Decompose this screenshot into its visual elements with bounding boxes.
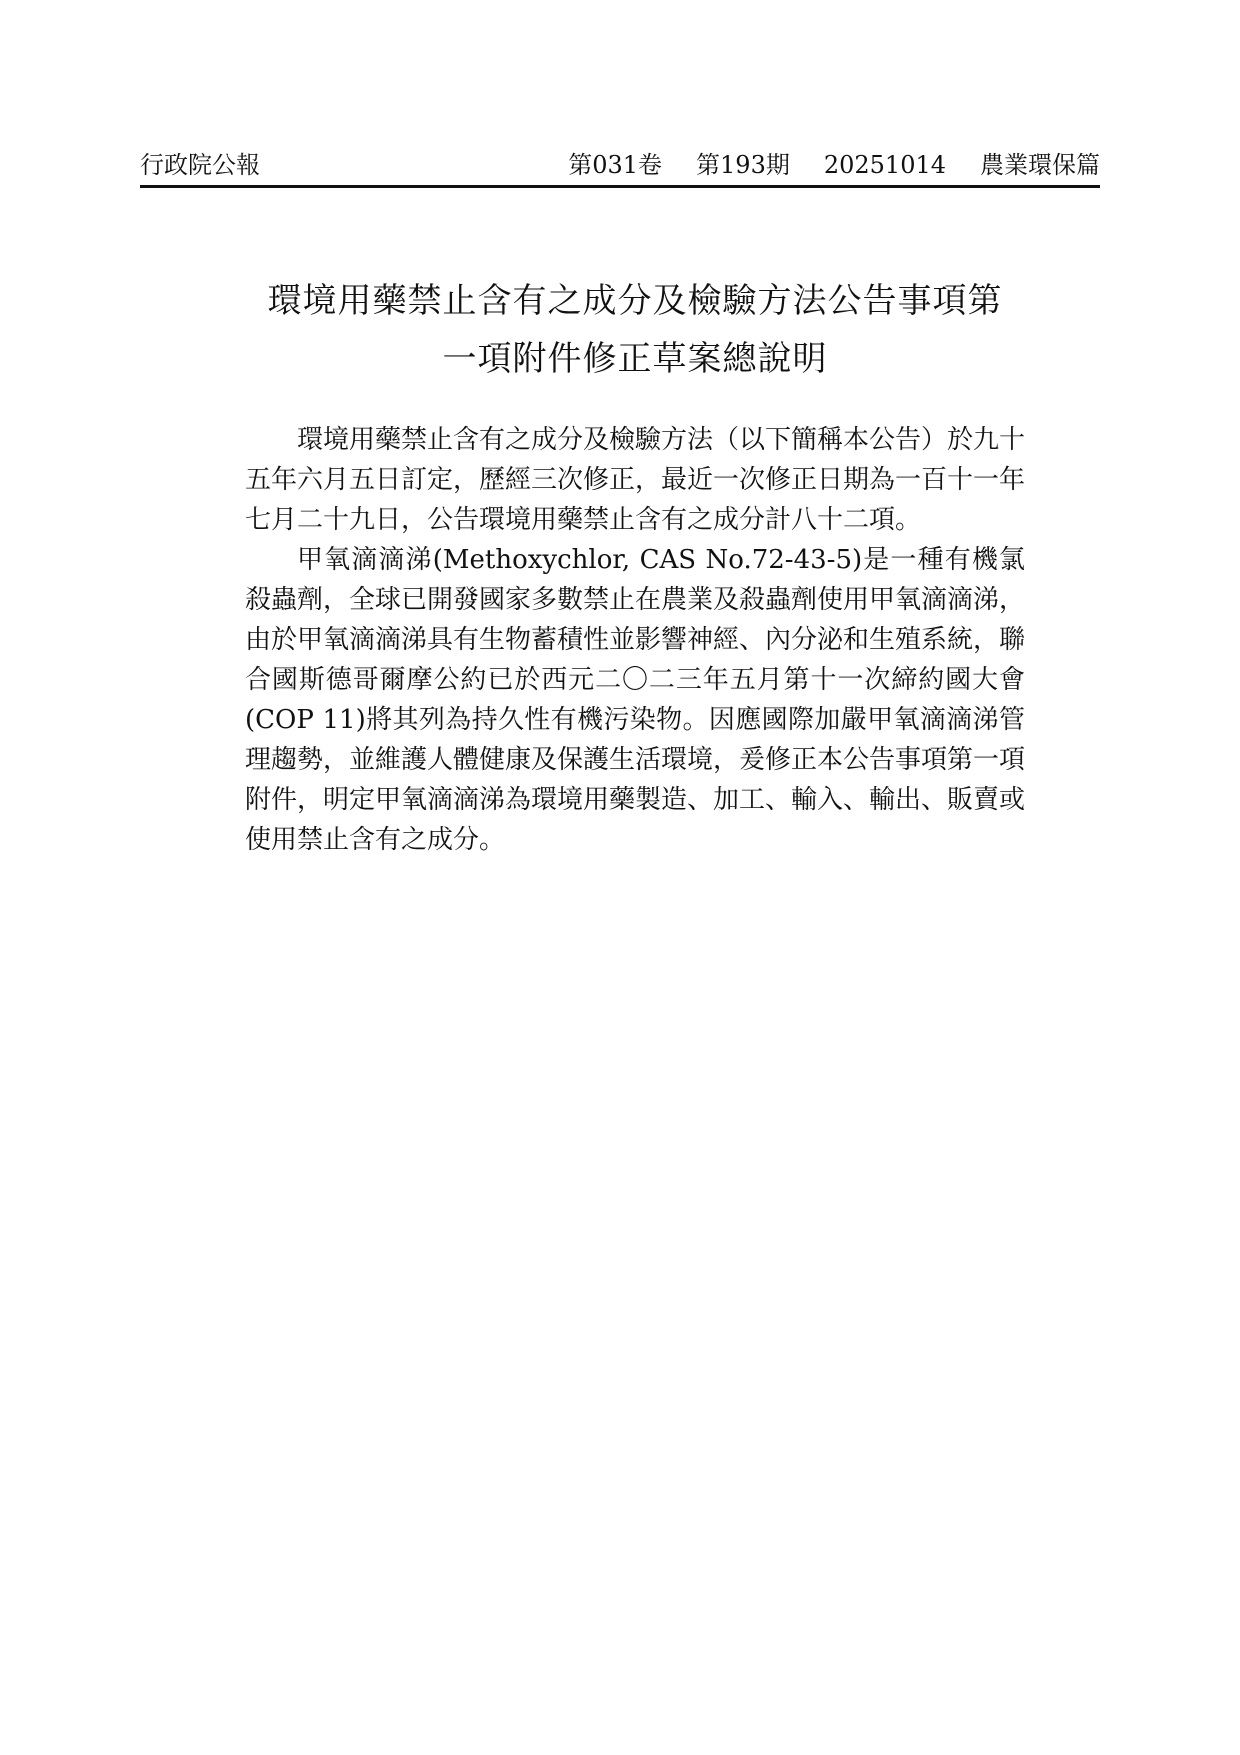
date-label: 20251014 [824,150,946,180]
paragraph-1: 環境用藥禁止含有之成分及檢驗方法（以下簡稱本公告）於九十五年六月五日訂定，歷經三… [245,420,1025,540]
paragraph-2: 甲氧滴滴涕(Methoxychlor, CAS No.72-43-5)是一種有機… [245,540,1025,860]
publication-title: 行政院公報 [140,150,260,180]
header-issue-info: 第031卷 第193期 20251014 農業環保篇 [568,150,1100,180]
document-title-line-1: 環境用藥禁止含有之成分及檢驗方法公告事項第 [245,272,1025,330]
document-title: 環境用藥禁止含有之成分及檢驗方法公告事項第 一項附件修正草案總說明 [245,272,1025,388]
section-label: 農業環保篇 [980,150,1100,180]
document-body: 環境用藥禁止含有之成分及檢驗方法公告事項第 一項附件修正草案總說明 環境用藥禁止… [245,272,1025,860]
issue-label: 第193期 [696,150,790,180]
document-text: 環境用藥禁止含有之成分及檢驗方法（以下簡稱本公告）於九十五年六月五日訂定，歷經三… [245,420,1025,860]
volume-label: 第031卷 [568,150,662,180]
document-title-line-2: 一項附件修正草案總說明 [245,330,1025,388]
page-header: 行政院公報 第031卷 第193期 20251014 農業環保篇 [140,150,1100,188]
gazette-page: 行政院公報 第031卷 第193期 20251014 農業環保篇 環境用藥禁止含… [0,0,1240,1755]
